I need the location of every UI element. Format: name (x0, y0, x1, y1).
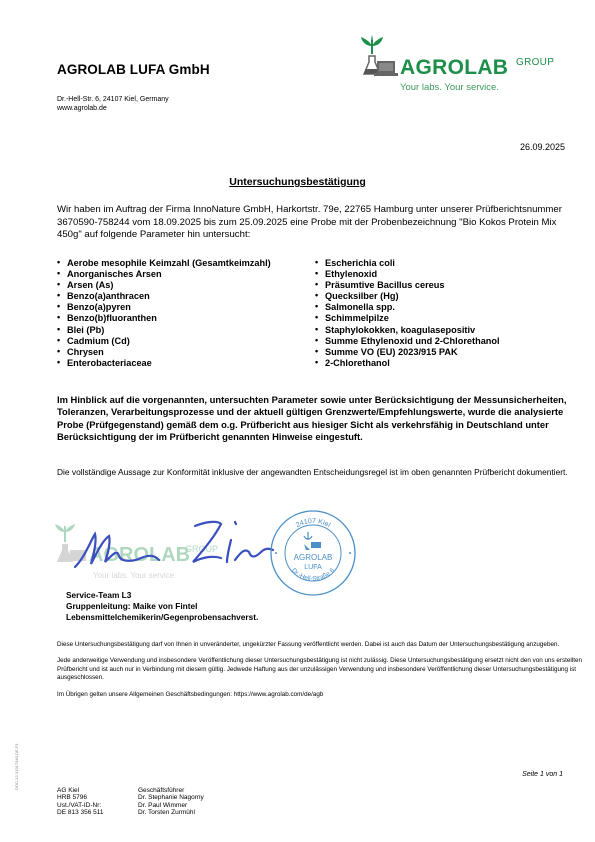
agrolab-logo: AGROLAB GROUP Your labs. Your service. (360, 32, 570, 102)
document-id: DOC-12-31917040-DE-P1 (14, 743, 19, 790)
parameter-item: Schimmelpilze (315, 313, 500, 324)
parameter-item: Cadmium (Cd) (57, 336, 271, 347)
management-line: Dr. Paul Wimmer (138, 802, 204, 809)
parameter-item: Benzo(a)pyren (57, 302, 271, 313)
management-line: Dr. Stephanie Nagorny (138, 794, 204, 801)
verdict-paragraph: Im Hinblick auf die vorgenannten, unters… (57, 394, 582, 443)
company-address: Dr.-Hell-Str. 6, 24107 Kiel, Germany www… (57, 96, 169, 113)
address-line: Dr.-Hell-Str. 6, 24107 Kiel, Germany (57, 96, 169, 105)
logo-tagline: Your labs. Your service. (400, 82, 499, 93)
document-title: Untersuchungsbestätigung (0, 176, 595, 188)
management-line: Geschäftsführer (138, 787, 204, 794)
parameter-item: Enterobacteriaceae (57, 358, 271, 369)
parameter-item: Summe VO (EU) 2023/915 PAK (315, 347, 500, 358)
parameter-item: Benzo(b)fluoranthen (57, 313, 271, 324)
parameter-item: Präsumtive Bacillus cereus (315, 280, 500, 291)
parameter-list-left: Aerobe mesophile Keimzahl (Gesamtkeimzah… (57, 258, 271, 369)
legal-notes: Diese Untersuchungsbestätigung darf von … (57, 641, 582, 707)
handwritten-signature (55, 512, 275, 587)
registry-line: AG Kiel (57, 787, 104, 794)
parameter-item: Ethylenoxid (315, 269, 500, 280)
signer-role: Lebensmittelchemikerin/Gegenprobensachve… (66, 612, 258, 623)
note-restriction: Jede anderweitige Verwendung und insbeso… (57, 657, 582, 682)
stamp-seal-icon: 24107 Kiel Dr.-Hell-Straße 6 AGROLAB LUF… (268, 508, 358, 598)
parameter-item: Benzo(a)anthracen (57, 291, 271, 302)
parameter-item: Aerobe mesophile Keimzahl (Gesamtkeimzah… (57, 258, 271, 269)
svg-text:24107 Kiel: 24107 Kiel (295, 518, 332, 529)
registry-line: DE 813 356 511 (57, 809, 104, 816)
intro-paragraph: Wir haben im Auftrag der Firma InnoNatur… (57, 204, 577, 242)
parameter-item: Chrysen (57, 347, 271, 358)
registry-line: HRB 5796 (57, 794, 104, 801)
website-link[interactable]: www.agrolab.de (57, 105, 169, 114)
registry-line: Ust./VAT-ID-Nr: (57, 802, 104, 809)
parameter-item: Summe Ethylenoxid und 2-Chlorethanol (315, 336, 500, 347)
svg-text:LUFA: LUFA (304, 564, 322, 571)
signer-lead: Gruppenleitung: Maike von Fintel (66, 601, 258, 612)
signer-block: Service-Team L3 Gruppenleitung: Maike vo… (66, 590, 258, 622)
conformity-note: Die vollständige Aussage zur Konformität… (57, 467, 582, 479)
note-publication: Diese Untersuchungsbestätigung darf von … (57, 641, 582, 649)
parameter-item: Salmonella spp. (315, 302, 500, 313)
parameter-item: Anorganisches Arsen (57, 269, 271, 280)
parameter-item: 2-Chlorethanol (315, 358, 500, 369)
parameter-item: Escherichia coli (315, 258, 500, 269)
svg-text:AGROLAB: AGROLAB (294, 553, 333, 562)
signer-team: Service-Team L3 (66, 590, 258, 601)
plant-flask-laptop-icon (360, 32, 402, 82)
parameter-item: Arsen (As) (57, 280, 271, 291)
parameter-item: Staphylokokken, koagulasepositiv (315, 325, 500, 336)
parameter-item: Blei (Pb) (57, 325, 271, 336)
document-date: 26.09.2025 (520, 142, 565, 152)
management-line: Dr. Torsten Zurmühl (138, 809, 204, 816)
note-terms: Im Übrigen gelten unsere Allgemeinen Ges… (57, 691, 582, 699)
company-name: AGROLAB LUFA GmbH (57, 62, 210, 77)
page-number: Seite 1 von 1 (522, 771, 563, 778)
parameter-list-right: Escherichia coliEthylenoxidPräsumtive Ba… (315, 258, 500, 369)
footer-management: Geschäftsführer Dr. Stephanie Nagorny Dr… (138, 787, 204, 817)
logo-wordmark: AGROLAB (400, 56, 508, 80)
logo-group: GROUP (516, 57, 554, 68)
parameter-item: Quecksilber (Hg) (315, 291, 500, 302)
company-stamp: 24107 Kiel Dr.-Hell-Straße 6 AGROLAB LUF… (268, 508, 358, 598)
footer-registry: AG Kiel HRB 5796 Ust./VAT-ID-Nr: DE 813 … (57, 787, 104, 817)
